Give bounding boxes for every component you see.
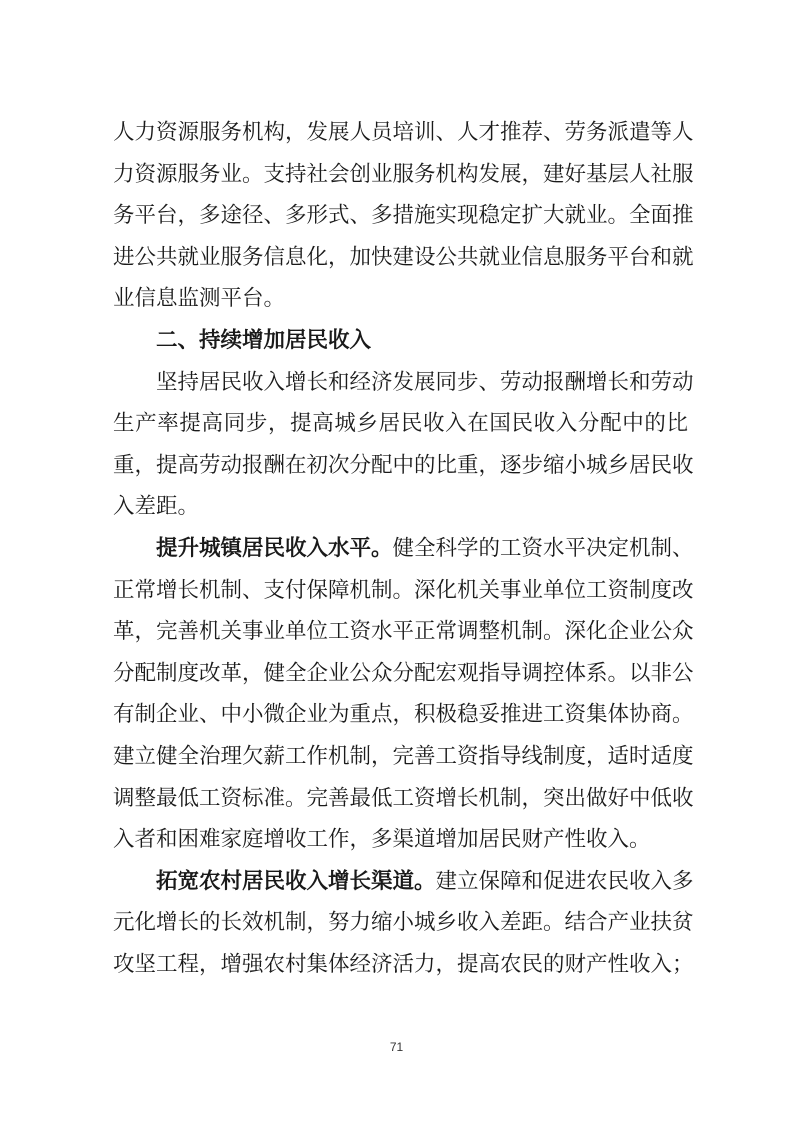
paragraph-text: 建立保障和促进农民收入多 [436, 869, 694, 894]
text-line: 业信息监测平台。 [113, 278, 688, 320]
paragraph-first-line: 提升城镇居民收入水平。健全科学的工资水平决定机制、 [113, 528, 688, 570]
page-number: 71 [0, 1040, 793, 1054]
section-heading: 二、持续增加居民收入 [113, 320, 688, 362]
text-line: 入差距。 [113, 486, 688, 528]
text-line: 建立健全治理欠薪工作机制，完善工资指导线制度，适时适度 [113, 736, 688, 778]
text-line: 务平台，多途径、多形式、多措施实现稳定扩大就业。全面推 [113, 195, 688, 237]
text-line: 人力资源服务机构，发展人员培训、人才推荐、劳务派遣等人 [113, 112, 688, 154]
paragraph-first-line: 拓宽农村居民收入增长渠道。建立保障和促进农民收入多 [113, 861, 688, 903]
text-line: 元化增长的长效机制，努力缩小城乡收入差距。结合产业扶贫 [113, 902, 688, 944]
text-line: 进公共就业服务信息化，加快建设公共就业信息服务平台和就 [113, 237, 688, 279]
text-line: 分配制度改革，健全企业公众分配宏观指导调控体系。以非公 [113, 653, 688, 695]
text-line: 正常增长机制、支付保障机制。深化机关事业单位工资制度改 [113, 570, 688, 612]
text-line: 入者和困难家庭增收工作，多渠道增加居民财产性收入。 [113, 819, 688, 861]
text-line: 有制企业、中小微企业为重点，积极稳妥推进工资集体协商。 [113, 694, 688, 736]
text-line: 坚持居民收入增长和经济发展同步、劳动报酬增长和劳动 [113, 362, 688, 404]
text-line: 革，完善机关事业单位工资水平正常调整机制。深化企业公众 [113, 611, 688, 653]
text-line: 生产率提高同步，提高城乡居民收入在国民收入分配中的比 [113, 403, 688, 445]
text-line: 重，提高劳动报酬在初次分配中的比重，逐步缩小城乡居民收 [113, 445, 688, 487]
paragraph-lead-bold: 提升城镇居民收入水平。 [156, 536, 393, 561]
paragraph-lead-bold: 拓宽农村居民收入增长渠道。 [156, 869, 436, 894]
text-line: 调整最低工资标准。完善最低工资增长机制，突出做好中低收 [113, 778, 688, 820]
text-line: 攻坚工程，增强农村集体经济活力，提高农民的财产性收入； [113, 944, 688, 986]
document-page: 人力资源服务机构，发展人员培训、人才推荐、劳务派遣等人 力资源服务业。支持社会创… [113, 112, 688, 985]
text-line: 力资源服务业。支持社会创业服务机构发展，建好基层人社服 [113, 154, 688, 196]
paragraph-text: 健全科学的工资水平决定机制、 [393, 536, 694, 561]
